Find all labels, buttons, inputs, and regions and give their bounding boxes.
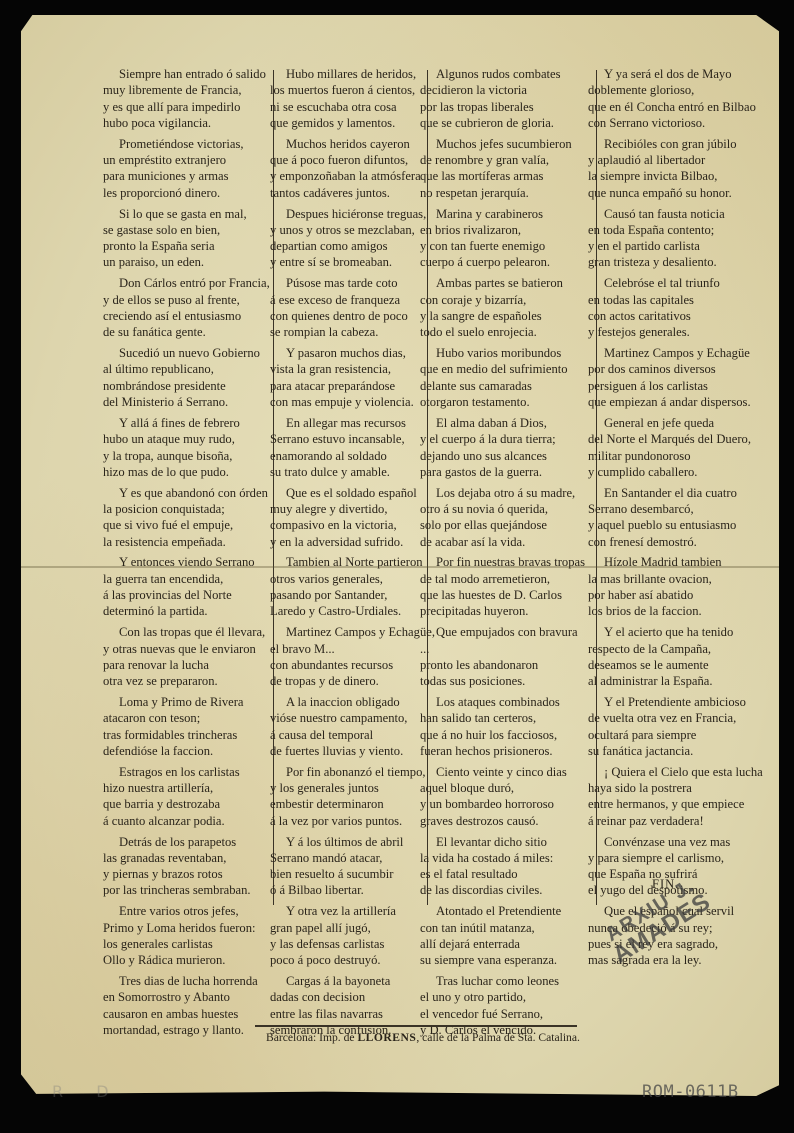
verse-line: ocultará para siempre <box>588 727 763 743</box>
stanza: Sucedió un nuevo Gobiernoal último repub… <box>103 345 270 410</box>
verse-line: los brios de la faccion. <box>588 603 763 619</box>
stanza: Tres dias de lucha horrendaen Somorrostr… <box>103 973 270 1038</box>
imprint-printer: LLORENS <box>357 1031 416 1044</box>
verse-line: les proporcionó dinero. <box>103 185 270 201</box>
verse-line: con tan inútil matanza, <box>420 920 585 936</box>
stanza: El levantar dicho sitiola vida ha costad… <box>420 834 585 899</box>
verse-line: nombrándose presidente <box>103 378 270 394</box>
verse-line: Y ya será el dos de Mayo <box>588 66 763 82</box>
verse-line: y cumplido caballero. <box>588 464 763 480</box>
verse-line: que barria y destrozaba <box>103 796 270 812</box>
verse-line: del Ministerio á Serrano. <box>103 394 270 410</box>
verse-line: la posicion conquistada; <box>103 501 270 517</box>
verse-line: deseamos se le aumente <box>588 657 763 673</box>
verse-line: atacaron con teson; <box>103 710 270 726</box>
verse-line: Serrano desembarcó, <box>588 501 763 517</box>
stanza: ¡ Quiera el Cielo que esta luchahaya sid… <box>588 764 763 829</box>
verse-line: otros varios generales, <box>270 571 435 587</box>
stanza: Si lo que se gasta en mal,se gastase sol… <box>103 206 270 271</box>
verse-line: Los ataques combinados <box>420 694 585 710</box>
verse-line: la siempre invicta Bilbao, <box>588 168 763 184</box>
stanza: Y ya será el dos de Mayodoblemente glori… <box>588 66 763 131</box>
verse-line: y emponzoñaban la atmósfera <box>270 168 435 184</box>
verse-line: dadas con decision <box>270 989 435 1005</box>
verse-line: Y á los últimos de abril <box>270 834 435 850</box>
verse-line: cuerpo á cuerpo pelearon. <box>420 254 585 270</box>
stanza: Cargas á la bayonetadadas con decisionen… <box>270 973 435 1038</box>
verse-line: de las discordias civiles. <box>420 882 585 898</box>
verse-line: á la vez por varios puntos. <box>270 813 435 829</box>
stanza: Los ataques combinadoshan salido tan cer… <box>420 694 585 759</box>
verse-line: Serrano estuvo incansable, <box>270 431 435 447</box>
verse-line: creciendo así el entusiasmo <box>103 308 270 324</box>
verse-line: persiguen á los carlistas <box>588 378 763 394</box>
verse-line: Laredo y Castro-Urdiales. <box>270 603 435 619</box>
verse-line: Martinez Campos y Echagüe, <box>270 624 435 640</box>
stanza: Hubo millares de heridos,los muertos fue… <box>270 66 435 131</box>
stanza: Los dejaba otro á su madre,otro á su nov… <box>420 485 585 550</box>
verse-line: Muchos jefes sucumbieron <box>420 136 585 152</box>
stanza: Con las tropas que él llevara,y otras nu… <box>103 624 270 689</box>
verse-line: poco á poco destruyó. <box>270 952 435 968</box>
verse-line: dejando uno sus alcances <box>420 448 585 464</box>
verse-line: Hízole Madrid tambien <box>588 554 763 570</box>
verse-line: que en él Concha entró en Bilbao <box>588 99 763 115</box>
verse-line: de su fanática gente. <box>103 324 270 340</box>
verse-line: del Norte el Marqués del Duero, <box>588 431 763 447</box>
verse-line: Si lo que se gasta en mal, <box>103 206 270 222</box>
stanza: Recibióles con gran júbiloy aplaudió al … <box>588 136 763 201</box>
stanza: Siempre han entrado ó salidomuy libremen… <box>103 66 270 131</box>
verse-line: y la tropa, aunque bisoña, <box>103 448 270 464</box>
verse-line: solo por ellas quejándose <box>420 517 585 533</box>
verse-line: y los generales juntos <box>270 780 435 796</box>
verse-line: no respetan jerarquía. <box>420 185 585 201</box>
verse-line: á causa del temporal <box>270 727 435 743</box>
verse-line: departian como amigos <box>270 238 435 254</box>
verse-line: y unos y otros se mezclaban, <box>270 222 435 238</box>
verse-line: el vencedor fué Serrano, <box>420 1006 585 1022</box>
verse-line: Detrás de los parapetos <box>103 834 270 850</box>
verse-line: Convénzase una vez mas <box>588 834 763 850</box>
verse-line: otorgaron testamento. <box>420 394 585 410</box>
imprint-suffix: , calle de la Palma de Sta. Catalina. <box>416 1031 580 1044</box>
verse-line: Tras luchar como leones <box>420 973 585 989</box>
stanza: Y á los últimos de abrilSerrano mandó at… <box>270 834 435 899</box>
stanza: En Santander el dia cuatroSerrano desemb… <box>588 485 763 550</box>
verse-line: respecto de la Campaña, <box>588 641 763 657</box>
verse-line: con coraje y bizarría, <box>420 292 585 308</box>
verse-line: al administrar la España. <box>588 673 763 689</box>
verse-line: Y pasaron muchos dias, <box>270 345 435 361</box>
verse-line: mortandad, estrago y llanto. <box>103 1022 270 1038</box>
verse-line: haya sido la postrera <box>588 780 763 796</box>
stanza: Causó tan fausta noticiaen toda España c… <box>588 206 763 271</box>
verse-line: Tambien al Norte partieron <box>270 554 435 570</box>
stanza: General en jefe quedadel Norte el Marqué… <box>588 415 763 480</box>
verse-line: El alma daban á Dios, <box>420 415 585 431</box>
verse-line: se rompian la cabeza. <box>270 324 435 340</box>
verse-line: Martinez Campos y Echagüe <box>588 345 763 361</box>
verse-line: Loma y Primo de Rivera <box>103 694 270 710</box>
verse-line: ¡ Quiera el Cielo que esta lucha <box>588 764 763 780</box>
stanza: Martinez Campos y Echagüe,el bravo M...c… <box>270 624 435 689</box>
stanza: Hízole Madrid tambienla mas brillante ov… <box>588 554 763 619</box>
stanza: Ciento veinte y cinco diasaquel bloque d… <box>420 764 585 829</box>
verse-line: causaron en ambas huestes <box>103 1006 270 1022</box>
verse-line: un empréstito extranjero <box>103 152 270 168</box>
verse-line: General en jefe queda <box>588 415 763 431</box>
verse-line: A la inaccion obligado <box>270 694 435 710</box>
stanza: Estragos en los carlistashizo nuestra ar… <box>103 764 270 829</box>
verse-line: y en el partido carlista <box>588 238 763 254</box>
verse-line: con abundantes recursos <box>270 657 435 673</box>
verse-line: Tres dias de lucha horrenda <box>103 973 270 989</box>
verse-line: Y es que abandonó con órden <box>103 485 270 501</box>
stanza: Púsose mas tarde cotoá ese exceso de fra… <box>270 275 435 340</box>
verse-line: Y el Pretendiente ambicioso <box>588 694 763 710</box>
verse-line: militar pundonoroso <box>588 448 763 464</box>
verse-line: que se cubrieron de gloria. <box>420 115 585 131</box>
verse-line: tras formidables trincheras <box>103 727 270 743</box>
verse-line: El levantar dicho sitio <box>420 834 585 850</box>
verse-line: Y allá á fines de febrero <box>103 415 270 431</box>
verse-line: precipitadas huyeron. <box>420 603 585 619</box>
verse-line: que las huestes de D. Carlos <box>420 587 585 603</box>
verse-line: para gastos de la guerra. <box>420 464 585 480</box>
verse-line: pasando por Santander, <box>270 587 435 603</box>
verse-line: Causó tan fausta noticia <box>588 206 763 222</box>
verse-line: y las defensas carlistas <box>270 936 435 952</box>
verse-line: Recibióles con gran júbilo <box>588 136 763 152</box>
verse-line: la vida ha costado á miles: <box>420 850 585 866</box>
verse-line: Por fin abonanzó el tiempo, <box>270 764 435 780</box>
verse-line: Que empujados con bravura <box>420 624 585 640</box>
verse-line: Y el acierto que ha tenido <box>588 624 763 640</box>
stanza: Tras luchar como leonesel uno y otro par… <box>420 973 585 1038</box>
verse-line: Púsose mas tarde coto <box>270 275 435 291</box>
verse-line: y la sangre de españoles <box>420 308 585 324</box>
verse-line: por las tropas liberales <box>420 99 585 115</box>
verse-line: los generales carlistas <box>103 936 270 952</box>
stanza: Que empujados con bravura...pronto les a… <box>420 624 585 689</box>
verse-line: Muchos heridos cayeron <box>270 136 435 152</box>
verse-line: gran tristeza y desaliento. <box>588 254 763 270</box>
verse-line: entre hermanos, y que empiece <box>588 796 763 812</box>
verse-line: Y otra vez la artillería <box>270 903 435 919</box>
verse-line: graves destrozos causó. <box>420 813 585 829</box>
verse-line: el uno y otro partido, <box>420 989 585 1005</box>
verse-line: ... <box>420 641 585 657</box>
verse-line: En Santander el dia cuatro <box>588 485 763 501</box>
verse-line: todas sus posiciones. <box>420 673 585 689</box>
verse-line: y para siempre el carlismo, <box>588 850 763 866</box>
verse-line: de vuelta otra vez en Francia, <box>588 710 763 726</box>
verse-line: han salido tan certeros, <box>420 710 585 726</box>
verse-line: que gemidos y lamentos. <box>270 115 435 131</box>
imprint-prefix: Barcelona: Imp. de <box>266 1031 357 1044</box>
stanza: Y allá á fines de febrerohubo un ataque … <box>103 415 270 480</box>
stanza: Prometiéndose victorias,un empréstito ex… <box>103 136 270 201</box>
printer-imprint: Barcelona: Imp. de LLORENS, calle de la … <box>266 1031 580 1044</box>
verse-line: de acabar así la vida. <box>420 534 585 550</box>
verse-line: Ambas partes se batieron <box>420 275 585 291</box>
verse-line: delante sus camaradas <box>420 378 585 394</box>
verse-line: pronto les abandonaron <box>420 657 585 673</box>
verse-line: decidieron la victoria <box>420 82 585 98</box>
verse-line: que á no huir los facciosos, <box>420 727 585 743</box>
verse-line: que las mortíferas armas <box>420 168 585 184</box>
verse-line: Entre varios otros jefes, <box>103 903 270 919</box>
stanza: Detrás de los parapetoslas granadas reve… <box>103 834 270 899</box>
verse-line: ó á Bilbao libertar. <box>270 882 435 898</box>
verse-line: Por fin nuestras bravas tropas <box>420 554 585 570</box>
verse-line: de tropas y de dinero. <box>270 673 435 689</box>
stanza: Por fin nuestras bravas tropasde tal mod… <box>420 554 585 619</box>
verse-line: bien resuelto á sucumbir <box>270 866 435 882</box>
stanza: Hubo varios moribundosque en medio del s… <box>420 345 585 410</box>
verse-line: para renovar la lucha <box>103 657 270 673</box>
verse-line: para municiones y armas <box>103 168 270 184</box>
verse-line: muy alegre y divertido, <box>270 501 435 517</box>
verse-line: Cargas á la bayoneta <box>270 973 435 989</box>
stanza: Y el Pretendiente ambiciosode vuelta otr… <box>588 694 763 759</box>
verse-line: con Serrano victorioso. <box>588 115 763 131</box>
verse-line: la guerra tan encendida, <box>103 571 270 587</box>
verse-line: otra vez se prepararon. <box>103 673 270 689</box>
verse-column-4: Y ya será el dos de Mayodoblemente glori… <box>588 66 763 973</box>
imprint-rule <box>255 1025 577 1027</box>
stanza: Y entonces viendo Serranola guerra tan e… <box>103 554 270 619</box>
verse-line: con frenesí demostró. <box>588 534 763 550</box>
stanza: Muchos jefes sucumbieronde renombre y gr… <box>420 136 585 201</box>
verse-line: y en la adversidad sufrido. <box>270 534 435 550</box>
stanza: Y es que abandonó con órdenla posicion c… <box>103 485 270 550</box>
verse-line: determinó la partida. <box>103 603 270 619</box>
verse-line: que nunca empañó su honor. <box>588 185 763 201</box>
verse-line: los muertos fueron á cientos, <box>270 82 435 98</box>
stanza: Tambien al Norte partieronotros varios g… <box>270 554 435 619</box>
verse-line: Primo y Loma heridos fueron: <box>103 920 270 936</box>
verse-line: Algunos rudos combates <box>420 66 585 82</box>
verse-line: Don Cárlos entró por Francia, <box>103 275 270 291</box>
fold-crease <box>21 566 779 568</box>
verse-line: de renombre y gran valía, <box>420 152 585 168</box>
stanza: Ambas partes se batieroncon coraje y biz… <box>420 275 585 340</box>
verse-line: el bravo M... <box>270 641 435 657</box>
verse-line: Serrano mandó atacar, <box>270 850 435 866</box>
verse-line: y el cuerpo á la dura tierra; <box>420 431 585 447</box>
stanza: Muchos heridos cayeronque á poco fueron … <box>270 136 435 201</box>
verse-line: con actos caritativos <box>588 308 763 324</box>
verse-line: En allegar mas recursos <box>270 415 435 431</box>
verse-line: la resistencia empeñada. <box>103 534 270 550</box>
verse-line: hizo nuestra artillería, <box>103 780 270 796</box>
verse-line: embestir determinaron <box>270 796 435 812</box>
verse-line: Despues hiciéronse treguas, <box>270 206 435 222</box>
verse-line: Celebróse el tal triunfo <box>588 275 763 291</box>
verse-line: á reinar paz verdadera! <box>588 813 763 829</box>
verse-line: que á poco fueron difuntos, <box>270 152 435 168</box>
stanza: Atontado el Pretendientecon tan inútil m… <box>420 903 585 968</box>
verse-line: que si vivo fué el empuje, <box>103 517 270 533</box>
verse-line: su trato dulce y amable. <box>270 464 435 480</box>
verse-line: que empiezan á andar dispersos. <box>588 394 763 410</box>
stanza: Y pasaron muchos dias,vista la gran resi… <box>270 345 435 410</box>
verse-line: vista la gran resistencia, <box>270 361 435 377</box>
verse-line: pronto la España seria <box>103 238 270 254</box>
stanza: Loma y Primo de Riveraatacaron con teson… <box>103 694 270 759</box>
verse-line: la mas brillante ovacion, <box>588 571 763 587</box>
verse-line: Ollo y Rádica murieron. <box>103 952 270 968</box>
verse-line: enamorando al soldado <box>270 448 435 464</box>
verse-line: al último republicano, <box>103 361 270 377</box>
stanza: Y otra vez la artilleríagran papel allí … <box>270 903 435 968</box>
stanza: Por fin abonanzó el tiempo,y los general… <box>270 764 435 829</box>
stanza: Y el acierto que ha tenidorespecto de la… <box>588 624 763 689</box>
verse-line: y aplaudió al libertador <box>588 152 763 168</box>
verse-line: de tal modo arremetieron, <box>420 571 585 587</box>
verse-line: entre las filas navarras <box>270 1006 435 1022</box>
stanza: En allegar mas recursosSerrano estuvo in… <box>270 415 435 480</box>
stanza: Martinez Campos y Echagüepor dos caminos… <box>588 345 763 410</box>
verse-line: Los dejaba otro á su madre, <box>420 485 585 501</box>
verse-line: Hubo varios moribundos <box>420 345 585 361</box>
verse-line: las granadas reventaban, <box>103 850 270 866</box>
verse-line: por las trincheras sembraban. <box>103 882 270 898</box>
verse-line: hizo mas de lo que pudo. <box>103 464 270 480</box>
verse-line: en Somorrostro y Abanto <box>103 989 270 1005</box>
verse-line: y aquel pueblo su entusiasmo <box>588 517 763 533</box>
verse-line: Sucedió un nuevo Gobierno <box>103 345 270 361</box>
verse-line: su fanática jactancia. <box>588 743 763 759</box>
verse-line: por dos caminos diversos <box>588 361 763 377</box>
verse-line: y entre sí se bromeaban. <box>270 254 435 270</box>
verse-line: un paraiso, un eden. <box>103 254 270 270</box>
verse-line: con quienes dentro de poco <box>270 308 435 324</box>
verse-line: por haber así abatido <box>588 587 763 603</box>
stanza: Entre varios otros jefes,Primo y Loma he… <box>103 903 270 968</box>
verse-line: hubo poca vigilancia. <box>103 115 270 131</box>
verse-line: es el fatal resultado <box>420 866 585 882</box>
verse-line: y festejos generales. <box>588 324 763 340</box>
verse-line: con mas empuje y violencia. <box>270 394 435 410</box>
stanza: Don Cárlos entró por Francia,y de ellos … <box>103 275 270 340</box>
verse-line: y de ellos se puso al frente, <box>103 292 270 308</box>
verse-line: Prometiéndose victorias, <box>103 136 270 152</box>
verse-line: para atacar preparándose <box>270 378 435 394</box>
verse-line: su siempre vana esperanza. <box>420 952 585 968</box>
stanza: Que es el soldado españolmuy alegre y di… <box>270 485 435 550</box>
verse-line: vióse nuestro campamento, <box>270 710 435 726</box>
verse-line: y piernas y brazos rotos <box>103 866 270 882</box>
verse-column-3: Algunos rudos combatesdecidieron la vict… <box>420 66 585 1043</box>
verse-line: tantos cadáveres juntos. <box>270 185 435 201</box>
verse-line: y con tan fuerte enemigo <box>420 238 585 254</box>
verse-line: de fuertes lluvias y viento. <box>270 743 435 759</box>
verse-line: Hubo millares de heridos, <box>270 66 435 82</box>
verse-line: en todas las capitales <box>588 292 763 308</box>
verse-line: compasivo en la victoria, <box>270 517 435 533</box>
verse-line: fueran hechos prisioneros. <box>420 743 585 759</box>
verse-line: muy libremente de Francia, <box>103 82 270 98</box>
stanza: Despues hiciéronse treguas,y unos y otro… <box>270 206 435 271</box>
verse-line: Ciento veinte y cinco dias <box>420 764 585 780</box>
stanza: Marina y carabinerosen brios rivalizaron… <box>420 206 585 271</box>
verse-line: Siempre han entrado ó salido <box>103 66 270 82</box>
verse-line: hubo un ataque muy rudo, <box>103 431 270 447</box>
verse-column-2: Hubo millares de heridos,los muertos fue… <box>270 66 435 1043</box>
verse-line: que en medio del sufrimiento <box>420 361 585 377</box>
verse-line: ni se escuchaba otra cosa <box>270 99 435 115</box>
verse-line: Con las tropas que él llevara, <box>103 624 270 640</box>
faint-pencil-mark: R D <box>52 1082 123 1101</box>
verse-line: se gastase solo en bien, <box>103 222 270 238</box>
verse-line: doblemente glorioso, <box>588 82 763 98</box>
verse-line: Atontado el Pretendiente <box>420 903 585 919</box>
verse-line: Y entonces viendo Serrano <box>103 554 270 570</box>
stanza: Algunos rudos combatesdecidieron la vict… <box>420 66 585 131</box>
verse-line: gran papel allí jugó, <box>270 920 435 936</box>
verse-line: y un bombardeo horroroso <box>420 796 585 812</box>
verse-line: á cuanto alcanzar podia. <box>103 813 270 829</box>
verse-line: Que es el soldado español <box>270 485 435 501</box>
verse-line: todo el suelo enrojecia. <box>420 324 585 340</box>
verse-line: Estragos en los carlistas <box>103 764 270 780</box>
verse-line: en toda España contento; <box>588 222 763 238</box>
verse-line: defendióse la faccion. <box>103 743 270 759</box>
stanza: A la inaccion obligadovióse nuestro camp… <box>270 694 435 759</box>
stanza: El alma daban á Dios,y el cuerpo á la du… <box>420 415 585 480</box>
verse-line: otro á su novia ó querida, <box>420 501 585 517</box>
verse-line: y es que allí para impedirlo <box>103 99 270 115</box>
stanza: Celebróse el tal triunfoen todas las cap… <box>588 275 763 340</box>
verse-line: allí dejará enterrada <box>420 936 585 952</box>
verse-line: en brios rivalizaron, <box>420 222 585 238</box>
verse-column-1: Siempre han entrado ó salidomuy libremen… <box>103 66 270 1043</box>
verse-line: aquel bloque duró, <box>420 780 585 796</box>
verse-line: Marina y carabineros <box>420 206 585 222</box>
verse-line: á las provincias del Norte <box>103 587 270 603</box>
verse-line: y otras nuevas que le enviaron <box>103 641 270 657</box>
shelfmark-pencil: ROM-0611B <box>642 1082 739 1102</box>
verse-line: á ese exceso de franqueza <box>270 292 435 308</box>
